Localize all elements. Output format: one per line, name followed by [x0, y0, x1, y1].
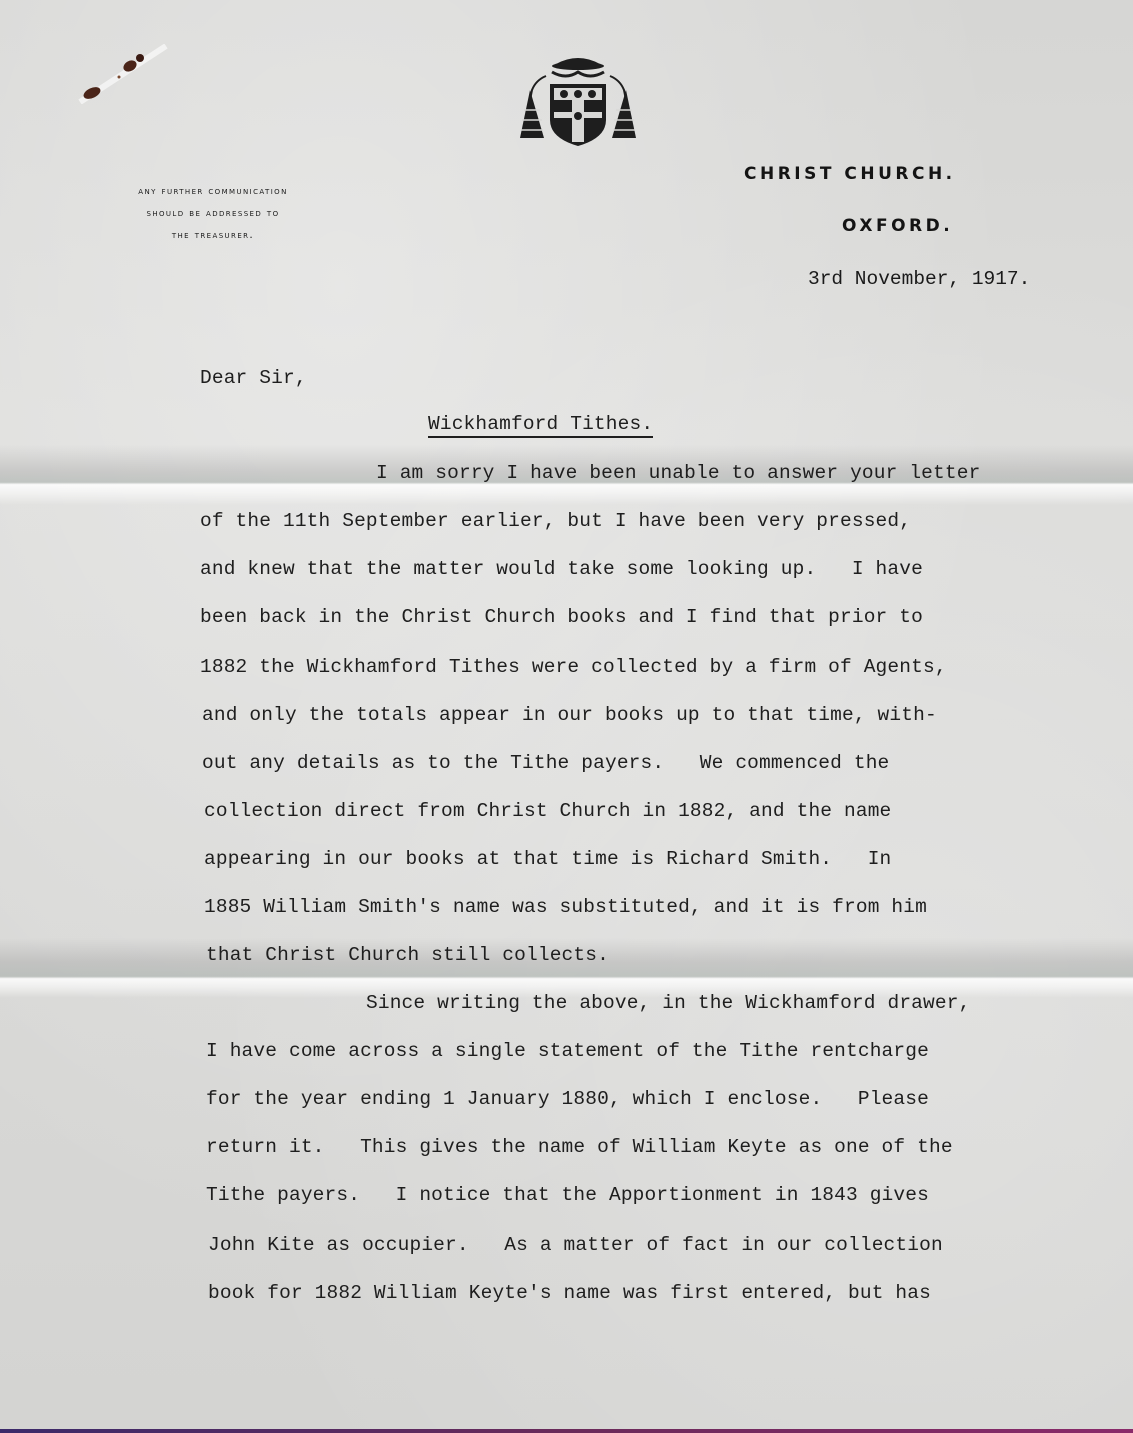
body-line: return it. This gives the name of Willia… — [206, 1136, 953, 1158]
letter-date: 3rd November, 1917. — [808, 268, 1030, 290]
body-paragraph-2: Since writing the above, in the Wickhamf… — [0, 0, 47, 198]
notice-line: the Treasurer. — [84, 224, 342, 246]
institution-name: CHRIST CHURCH. — [744, 164, 956, 184]
body-line: John Kite as occupier. As a matter of fa… — [208, 1234, 943, 1256]
ink-stain-icon — [78, 44, 168, 104]
scan-edge — [0, 1429, 1133, 1433]
body-line: collection direct from Christ Church in … — [204, 800, 891, 822]
body-line: Tithe payers. I notice that the Apportio… — [206, 1184, 929, 1206]
body-line: Since writing the above, in the Wickhamf… — [366, 992, 970, 1014]
body-line: that Christ Church still collects. — [206, 944, 609, 966]
body-line: of the 11th September earlier, but I hav… — [200, 510, 911, 532]
body-line: out any details as to the Tithe payers. … — [202, 752, 889, 774]
body-line: been back in the Christ Church books and… — [200, 606, 923, 628]
institution-city: OXFORD. — [842, 216, 953, 236]
body-line: I have come across a single statement of… — [206, 1040, 929, 1062]
letter-page: Any further communication should be addr… — [0, 0, 1133, 1433]
notice-line: should be addressed to — [84, 202, 342, 224]
body-line: I am sorry I have been unable to answer … — [376, 462, 980, 484]
body-line: and knew that the matter would take some… — [200, 558, 923, 580]
body-line: 1882 the Wickhamford Tithes were collect… — [200, 656, 947, 678]
body-line: book for 1882 William Keyte's name was f… — [208, 1282, 931, 1304]
salutation: Dear Sir, — [200, 367, 307, 389]
notice-line: Any further communication — [84, 180, 342, 202]
body-line: and only the totals appear in our books … — [202, 704, 937, 726]
subject-heading: Wickhamford Tithes. — [428, 413, 653, 438]
body-line: 1885 William Smith's name was substitute… — [204, 896, 927, 918]
coat-of-arms-icon — [516, 50, 640, 150]
correspondence-notice: Any further communication should be addr… — [84, 180, 342, 246]
body-line: for the year ending 1 January 1880, whic… — [206, 1088, 929, 1110]
body-line: appearing in our books at that time is R… — [204, 848, 891, 870]
